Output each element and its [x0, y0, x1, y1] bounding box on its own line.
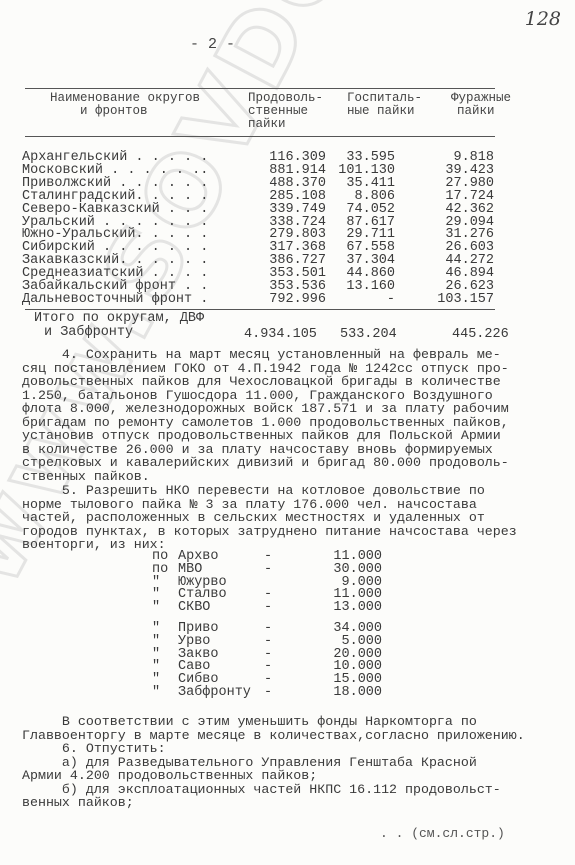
continuation-note: . . (см.сл.стр.) — [380, 826, 505, 841]
allocation-dash: - — [264, 602, 272, 615]
text-line: 5. Разрешить НКО перевести на котловое д… — [22, 484, 542, 498]
total-hospital: 533.204 — [340, 327, 397, 342]
paragraph-4: 4. Сохранить на март месяц установленный… — [22, 348, 542, 483]
text-line: установив отпуск продовольственных пайко… — [22, 429, 542, 443]
fodder-rations: 103.157 — [437, 293, 494, 306]
food-rations: 488.370 — [269, 177, 326, 190]
text-line: ственных пайков. — [22, 470, 542, 484]
district-name: Московский . . . . . .. — [22, 164, 208, 177]
text-line: Армии 4.200 продовольственных пайков; — [22, 769, 542, 783]
table-row: Дальневосточный фронт .792.996-103.157 — [22, 293, 502, 306]
district-name: Северо-Кавказский . . . — [22, 203, 208, 216]
fodder-rations: 39.423 — [445, 164, 494, 177]
allocation-prefix: " — [152, 687, 160, 700]
paragraph-6: В соответствии с этим уменьшить фонды На… — [22, 715, 542, 810]
text-line: бригадам по ремонту самолетов 1.000 прод… — [22, 416, 542, 430]
hospital-rations: 101.130 — [338, 164, 395, 177]
allocation-district: Забфронту — [178, 687, 251, 700]
allocation-dash: - — [264, 687, 272, 700]
food-rations: 339.749 — [269, 203, 326, 216]
total-label: Итого по округам, ДВФ и Забфронту — [34, 312, 204, 340]
allocation-value: 18.000 — [333, 687, 382, 700]
fodder-rations: 27.980 — [445, 177, 494, 190]
allocation-list: поАрхво-11.000поМВО-30.000"Южурво9.000"С… — [152, 551, 382, 700]
total-food: 4.934.105 — [244, 327, 317, 342]
district-name: Дальневосточный фронт . — [22, 293, 208, 306]
allocation-value: 13.000 — [333, 602, 382, 615]
allocation-dash: - — [264, 564, 272, 577]
paragraph-5: 5. Разрешить НКО перевести на котловое д… — [22, 484, 542, 552]
text-line: 4. Сохранить на март месяц установленный… — [22, 348, 542, 362]
table-row: Приволжский . . . . . .488.37035.41127.9… — [22, 177, 502, 190]
text-line: норме тылового пайка № 3 за плату 176.00… — [22, 498, 542, 512]
allocation-district: СКВО — [178, 602, 210, 615]
district-name: Приволжский . . . . . . — [22, 177, 208, 190]
text-line: венных пайков; — [22, 796, 542, 810]
text-line: довольственных пайков для Чехословацкой … — [22, 375, 542, 389]
hospital-rations: 35.411 — [346, 177, 395, 190]
total-fodder: 445.226 — [452, 327, 509, 342]
allocation-row: "Забфронту-18.000 — [152, 687, 382, 700]
hospital-rations: 8.806 — [354, 190, 395, 203]
district-name: Сталинградский. . . . . — [22, 190, 208, 203]
text-line: б) для эксплоатационных частей НКПС 16.1… — [22, 783, 542, 797]
text-line: стрелковых и кавалерийских дивизий и бри… — [22, 456, 542, 470]
text-line: военторги, из них: — [22, 538, 542, 552]
text-line: сяц постановлением ГОКО от 4.П.1942 года… — [22, 362, 542, 376]
text-line: в количестве 26.000 и за плату начсостав… — [22, 443, 542, 457]
hospital-rations: 74.052 — [346, 203, 395, 216]
allocation-row: "СКВО-13.000 — [152, 602, 382, 615]
archive-page-number: 128 — [525, 8, 561, 30]
header-food: Продоволь- ственные пайки — [248, 92, 323, 131]
text-line: частей, расположенных в сельских местнос… — [22, 511, 542, 525]
header-hospital: Госпиталь- ные пайки — [347, 92, 422, 118]
allocation-prefix: " — [152, 602, 160, 615]
header-district: Наименование округов и фронтов — [50, 92, 200, 118]
page-label: - 2 - — [190, 36, 235, 53]
document-page: www.SOVDOC.ru 128 - 2 - Наименование окр… — [0, 0, 575, 865]
header-fodder: Фуражные пайки — [451, 92, 511, 118]
food-rations: 881.914 — [269, 164, 326, 177]
text-line: Главвоенторгу в марте месяце в количеств… — [22, 729, 542, 743]
table-top-rule — [25, 88, 495, 89]
text-line: а) для Разведывательного Управления Генш… — [22, 756, 542, 770]
text-line: 6. Отпустить: — [22, 742, 542, 756]
table-bottom-rule — [25, 309, 495, 310]
table-row: Сталинградский. . . . .285.1088.80617.72… — [22, 190, 502, 203]
fodder-rations: 42.362 — [445, 203, 494, 216]
fodder-rations: 17.724 — [445, 190, 494, 203]
text-line: городов пунктах, в которых затруднено пи… — [22, 525, 542, 539]
food-rations: 285.108 — [269, 190, 326, 203]
text-line: флота 8.000, железнодорожных войск 187.5… — [22, 402, 542, 416]
text-line: 1.250, батальонов Гушосдора 11.000, Граж… — [22, 389, 542, 403]
table-header-rule — [25, 136, 495, 137]
text-line: В соответствии с этим уменьшить фонды На… — [22, 715, 542, 729]
food-rations: 792.996 — [269, 293, 326, 306]
hospital-rations: - — [387, 293, 395, 306]
table-row: Московский . . . . . ..881.914101.13039.… — [22, 164, 502, 177]
table-row: Северо-Кавказский . . .339.74974.05242.3… — [22, 203, 502, 216]
